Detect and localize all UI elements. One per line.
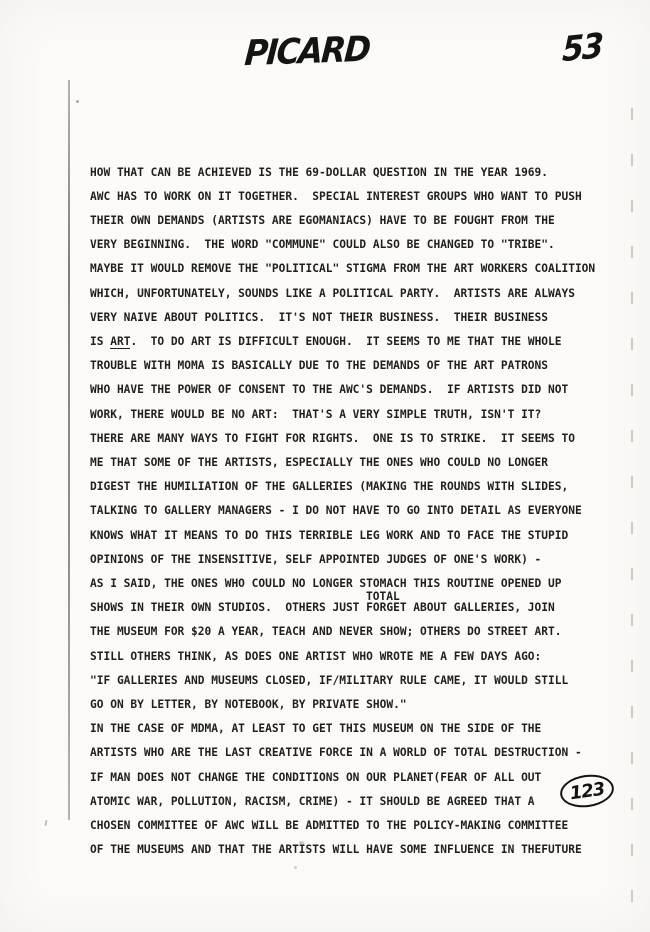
typed-line: CHOSEN COMMITTEE OF AWC WILL BE ADMITTED… bbox=[90, 814, 635, 838]
left-margin-line bbox=[68, 80, 70, 820]
scan-speck bbox=[305, 848, 308, 850]
typed-line: "IF GALLERIES AND MUSEUMS CLOSED, IF/MIL… bbox=[90, 669, 635, 693]
typed-line: WHO HAVE THE POWER OF CONSENT TO THE AWC… bbox=[90, 378, 635, 402]
typed-line: TROUBLE WITH MOMA IS BASICALLY DUE TO TH… bbox=[90, 354, 635, 378]
scan-speck bbox=[294, 866, 297, 869]
typed-line: AWC HAS TO WORK ON IT TOGETHER. SPECIAL … bbox=[90, 185, 635, 209]
typed-line: IF MAN DOES NOT CHANGE THE CONDITIONS ON… bbox=[90, 766, 635, 790]
typed-line: THERE ARE MANY WAYS TO FIGHT FOR RIGHTS.… bbox=[90, 427, 635, 451]
typed-line: AS I SAID, THE ONES WHO COULD NO LONGER … bbox=[90, 572, 635, 596]
typed-line: KNOWS WHAT IT MEANS TO DO THIS TERRIBLE … bbox=[90, 524, 635, 548]
typed-line: ATOMIC WAR, POLLUTION, RACISM, CRIME) - … bbox=[90, 790, 635, 814]
typed-text-block: TOTAL HOW THAT CAN BE ACHIEVED IS THE 69… bbox=[90, 88, 635, 863]
typed-line: DIGEST THE HUMILIATION OF THE GALLERIES … bbox=[90, 475, 635, 499]
margin-dot bbox=[76, 100, 79, 103]
typed-line: THEIR OWN DEMANDS (ARTISTS ARE EGOMANIAC… bbox=[90, 209, 635, 233]
typed-line: THE MUSEUM FOR $20 A YEAR, TEACH AND NEV… bbox=[90, 620, 635, 644]
typed-line: STILL OTHERS THINK, AS DOES ONE ARTIST W… bbox=[90, 645, 635, 669]
scan-speck bbox=[299, 841, 304, 845]
typed-line: WHICH, UNFORTUNATELY, SOUNDS LIKE A POLI… bbox=[90, 282, 635, 306]
handwritten-page-number: 53 bbox=[562, 26, 603, 71]
typed-line: IS ART. TO DO ART IS DIFFICULT ENOUGH. I… bbox=[90, 330, 635, 354]
typed-line: GO ON BY LETTER, BY NOTEBOOK, BY PRIVATE… bbox=[90, 693, 635, 717]
typed-line: HOW THAT CAN BE ACHIEVED IS THE 69-DOLLA… bbox=[90, 161, 635, 185]
interline-insertion: TOTAL bbox=[366, 591, 400, 603]
typed-line: ME THAT SOME OF THE ARTISTS, ESPECIALLY … bbox=[90, 451, 635, 475]
typed-line: VERY NAIVE ABOUT POLITICS. IT'S NOT THEI… bbox=[90, 306, 635, 330]
handwritten-name: PICARD bbox=[243, 30, 370, 74]
typed-line: OF THE MUSEUMS AND THAT THE ARTISTS WILL… bbox=[90, 838, 635, 862]
scan-speck bbox=[44, 820, 47, 826]
stamp-number: 123 bbox=[568, 778, 605, 804]
typed-line: VERY BEGINNING. THE WORD "COMMUNE" COULD… bbox=[90, 233, 635, 257]
typed-line: ARTISTS WHO ARE THE LAST CREATIVE FORCE … bbox=[90, 741, 635, 765]
typed-line: IN THE CASE OF MDMA, AT LEAST TO GET THI… bbox=[90, 717, 635, 741]
typed-line: OPINIONS OF THE INSENSITIVE, SELF APPOIN… bbox=[90, 548, 635, 572]
document-page: PICARD 53 TOTAL HOW THAT CAN BE ACHIEVED… bbox=[0, 0, 650, 932]
typed-line: TALKING TO GALLERY MANAGERS - I DO NOT H… bbox=[90, 499, 635, 523]
typed-line: WORK, THERE WOULD BE NO ART: THAT'S A VE… bbox=[90, 403, 635, 427]
typed-line: MAYBE IT WOULD REMOVE THE "POLITICAL" ST… bbox=[90, 257, 635, 281]
typed-line: SHOWS IN THEIR OWN STUDIOS. OTHERS JUST … bbox=[90, 596, 635, 620]
